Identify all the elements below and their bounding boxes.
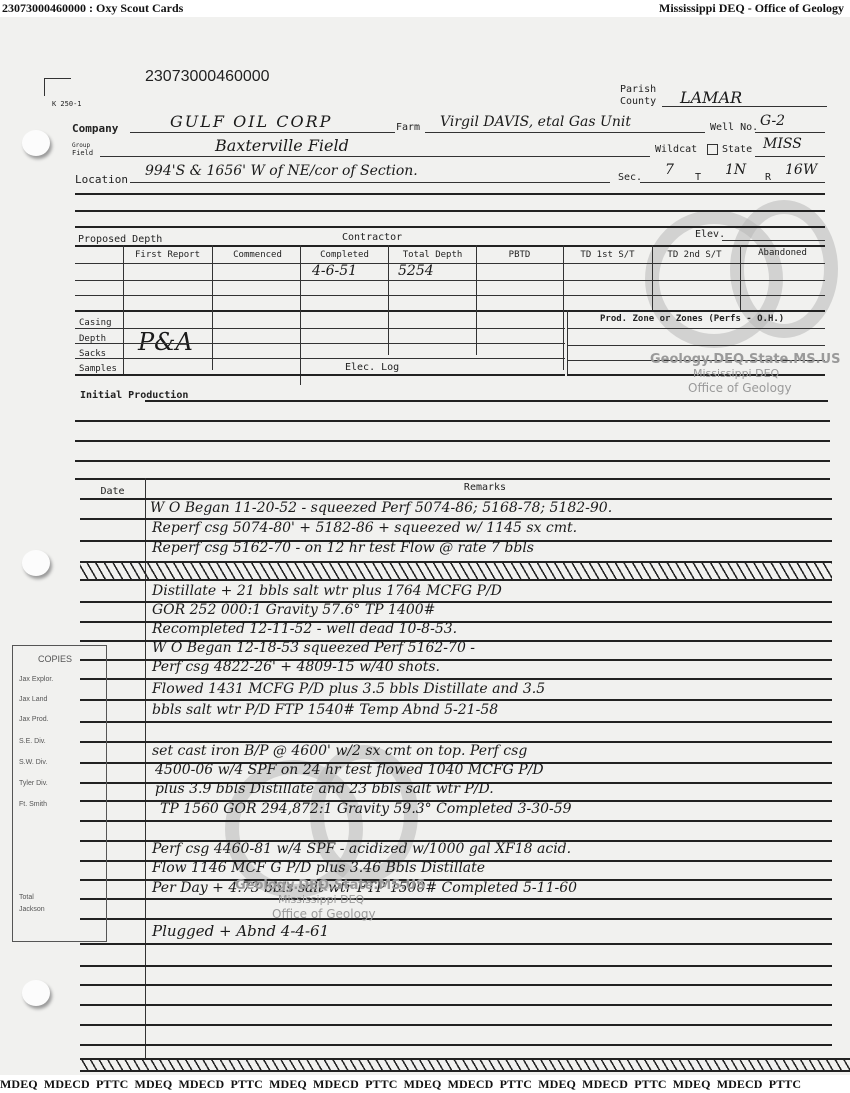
location-value: 994'S & 1656' W of NE/cor of Section. <box>145 163 418 179</box>
form-number: K 250-1 <box>52 100 82 108</box>
range-value: 16W <box>785 162 817 178</box>
remark-line: 4500-06 w/4 SPF on 24 hr test flowed 104… <box>155 762 544 778</box>
punch-hole-icon <box>22 550 50 576</box>
remark-line: W O Began 11-20-52 - squeezed Perf 5074-… <box>150 500 612 516</box>
col-commenced: Commenced <box>215 250 300 260</box>
watermark-text: Office of Geology <box>272 907 376 921</box>
remark-line: Distillate + 21 bbls salt wtr plus 1764 … <box>152 583 502 599</box>
date-column-header: Date <box>80 486 145 497</box>
copies-item: Jax Prod. <box>19 716 49 723</box>
hatched-divider <box>80 1058 850 1072</box>
copies-item: S.W. Div. <box>19 759 47 766</box>
api-number: 23073000460000 <box>145 68 270 86</box>
remark-line: bbls salt wtr P/D FTP 1540# Temp Abnd 5-… <box>152 702 498 718</box>
remark-line: Flowed 1431 MCFG P/D plus 3.5 bbls Disti… <box>152 681 545 697</box>
remark-line: Reperf csg 5162-70 - on 12 hr test Flow … <box>152 540 534 556</box>
remark-line: Reperf csg 5074-80' + 5182-86 + squeezed… <box>152 520 577 536</box>
wildcat-checkbox[interactable] <box>707 144 718 155</box>
remark-line: GOR 252 000:1 Gravity 57.6° TP 1400# <box>152 602 435 618</box>
well-no-label: Well No. <box>710 122 758 133</box>
contractor-label: Contractor <box>342 232 402 243</box>
prod-zone-label: Prod. Zone or Zones (Perfs - O.H.) <box>600 314 784 324</box>
company-value: GULF OIL CORP <box>170 112 332 131</box>
elec-log-label: Elec. Log <box>345 362 399 373</box>
corner-mark <box>44 78 71 79</box>
well-no-value: G-2 <box>760 113 785 129</box>
copies-item: Ft. Smith <box>19 801 47 808</box>
wildcat-label: Wildcat <box>655 144 697 155</box>
elev-label: Elev. <box>695 229 725 240</box>
punch-hole-icon <box>22 130 50 156</box>
field-label: Field <box>72 149 93 157</box>
group-label: Group <box>72 142 90 149</box>
parish-label: Parish <box>620 84 656 95</box>
casing-note-value: P&A <box>138 328 193 356</box>
col-pbtd: PBTD <box>477 250 562 260</box>
copies-title: COPIES <box>38 654 72 664</box>
copies-item: Jackson <box>19 906 45 913</box>
samples-label: Samples <box>79 364 117 374</box>
completed-date-value: 4-6-51 <box>312 263 357 279</box>
watermark-text: Mississippi DEQ <box>693 367 779 380</box>
remark-line: Recompleted 12-11-52 - well dead 10-8-53… <box>152 621 457 637</box>
casing-label: Casing <box>79 318 112 328</box>
county-label: County <box>620 96 656 107</box>
col-abandoned: Abandoned <box>740 248 825 258</box>
copies-box: COPIES Jax Explor. Jax Land Jax Prod. S.… <box>12 645 107 942</box>
farm-label: Farm <box>396 122 420 133</box>
page-footer: MDEQ MDECD PTTC MDEQ MDECD PTTC MDEQ MDE… <box>0 1076 850 1093</box>
sec-value: 7 <box>665 162 674 178</box>
copies-item: Tyler Div. <box>19 780 48 787</box>
remark-line: set cast iron B/P @ 4600' w/2 sx cmt on … <box>152 743 527 759</box>
remark-line: plus 3.9 bbls Distillate and 23 bbls sal… <box>155 781 494 797</box>
watermark-text: Geology.DEQ.State.MS.US <box>650 352 840 367</box>
township-value: 1N <box>725 162 746 178</box>
remark-line: Perf csg 4460-81 w/4 SPF - acidized w/10… <box>152 841 571 857</box>
farm-value: Virgil DAVIS, etal Gas Unit <box>440 114 631 130</box>
proposed-depth-label: Proposed Depth <box>78 234 162 245</box>
col-first-report: First Report <box>125 250 210 260</box>
watermark-text: Mississippi DEQ <box>278 893 364 906</box>
total-depth-value: 5254 <box>398 263 434 279</box>
col-td-1st: TD 1st S/T <box>565 250 650 260</box>
document-title: 23073000460000 : Oxy Scout Cards <box>2 0 183 16</box>
watermark-text: Office of Geology <box>688 381 792 395</box>
punch-hole-icon <box>22 980 50 1006</box>
hatched-divider <box>80 561 832 581</box>
remark-line: W O Began 12-18-53 squeezed Perf 5162-70… <box>152 640 475 656</box>
copies-item: S.E. Div. <box>19 738 46 745</box>
copies-item: Jax Land <box>19 696 47 703</box>
location-label: Location <box>75 173 128 186</box>
remarks-column-header: Remarks <box>145 482 825 493</box>
field-value: Baxterville Field <box>215 136 349 155</box>
state-value: MISS <box>763 136 802 152</box>
remark-line: Perf csg 4822-26' + 4809-15 w/40 shots. <box>152 659 440 675</box>
county-value: LAMAR <box>680 88 742 107</box>
copies-item: Jax Explor. <box>19 676 53 683</box>
remark-line: Flow 1146 MCF G P/D plus 3.46 Bbls Disti… <box>152 860 485 876</box>
remark-line: Plugged + Abnd 4-4-61 <box>152 922 329 940</box>
corner-mark <box>44 78 45 96</box>
col-completed: Completed <box>302 250 387 260</box>
watermark-text: Geology.DEQ.State.MS.US <box>235 878 425 893</box>
agency-title: Mississippi DEQ - Office of Geology <box>659 0 844 16</box>
page-header: 23073000460000 : Oxy Scout Cards Mississ… <box>0 0 850 16</box>
col-total-depth: Total Depth <box>390 250 475 260</box>
company-label: Company <box>72 122 118 135</box>
col-td-2nd: TD 2nd S/T <box>652 250 737 260</box>
state-label: State <box>722 144 752 155</box>
copies-item: Total <box>19 894 34 901</box>
remark-line: TP 1560 GOR 294,872:1 Gravity 59.3° Comp… <box>160 801 572 817</box>
sec-label: Sec. <box>618 172 642 183</box>
